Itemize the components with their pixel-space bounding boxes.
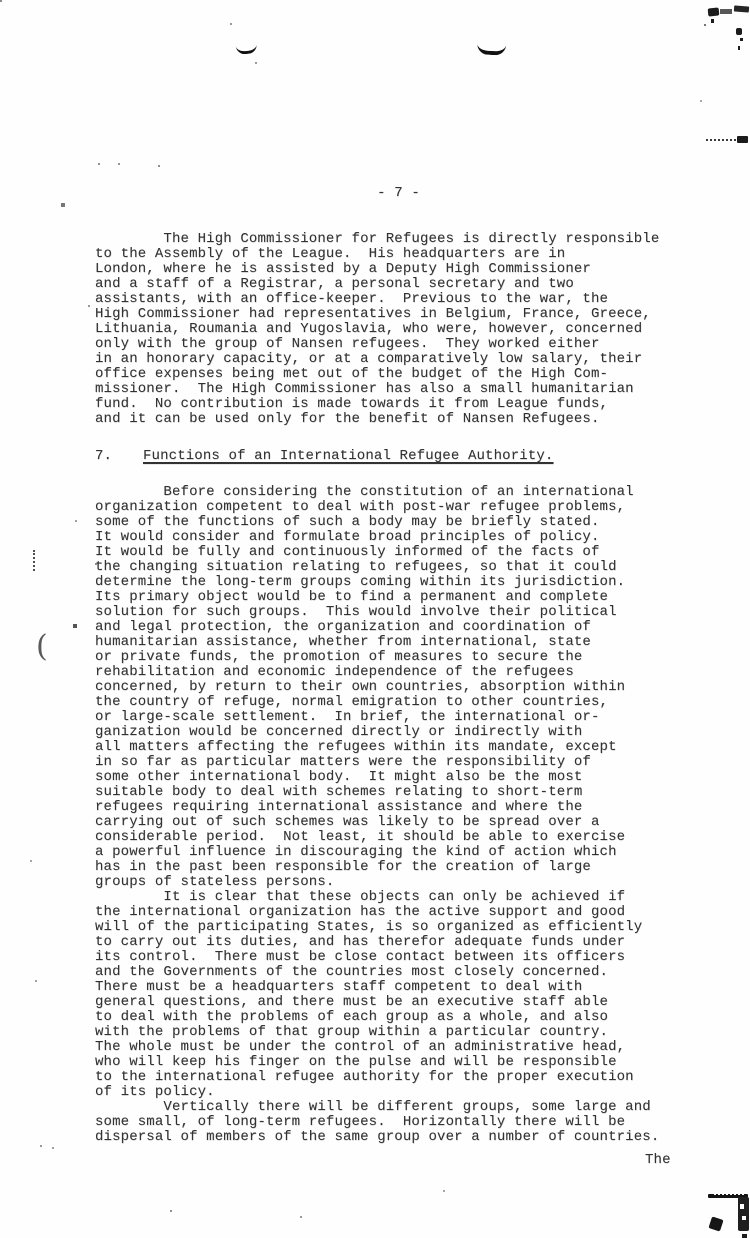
pen-tick-mark-left — [236, 43, 258, 55]
scan-dotted-line-left-margin — [33, 550, 35, 571]
smudge-dot — [740, 38, 743, 41]
blotch-bottom-blob — [708, 1216, 723, 1231]
section-title: Functions of an International Refugee Au… — [143, 448, 553, 464]
section-heading: 7.Functions of an International Refugee … — [95, 449, 680, 464]
blotch-gap — [740, 1204, 744, 1209]
section-number: 7. — [95, 449, 143, 464]
smudge-speckle — [720, 9, 732, 14]
blotch-top-bar — [708, 1194, 748, 1198]
smudge-dot — [711, 19, 714, 23]
blotch-right-strip — [738, 1197, 749, 1231]
smudge-dot — [738, 46, 740, 50]
smudge-blob — [734, 5, 749, 12]
paragraph-groups: Vertically there will be different group… — [95, 1100, 680, 1145]
scan-mark-right-edge — [706, 136, 750, 148]
page-content: - 7 - The High Commissioner for Refugees… — [95, 186, 680, 1168]
page-number: - 7 - — [95, 186, 680, 201]
paragraph-high-commissioner: The High Commissioner for Refugees is di… — [95, 232, 680, 427]
scan-blotch-bottom-right — [706, 1192, 750, 1238]
smudge-dot — [704, 24, 706, 26]
blotch-dot — [742, 1234, 747, 1238]
scan-specks — [0, 0, 2, 2]
blotch-top-dots — [714, 1193, 744, 1195]
paragraph-functions: Before considering the constitution of a… — [95, 485, 680, 890]
pen-tick-mark-right — [477, 42, 507, 56]
catchword: The — [645, 1153, 680, 1168]
smudge-dot — [736, 28, 742, 35]
paragraph-objects: It is clear that these objects can only … — [95, 890, 680, 1100]
margin-parenthesis-mark: ( — [36, 630, 48, 664]
smudge-blob — [708, 7, 720, 16]
scan-smudge-top-right — [690, 0, 750, 60]
mark-blob — [737, 136, 748, 143]
blotch-gap — [742, 1216, 746, 1220]
mark-dotted-row — [706, 139, 736, 141]
document-page: - 7 - The High Commissioner for Refugees… — [0, 0, 750, 1238]
